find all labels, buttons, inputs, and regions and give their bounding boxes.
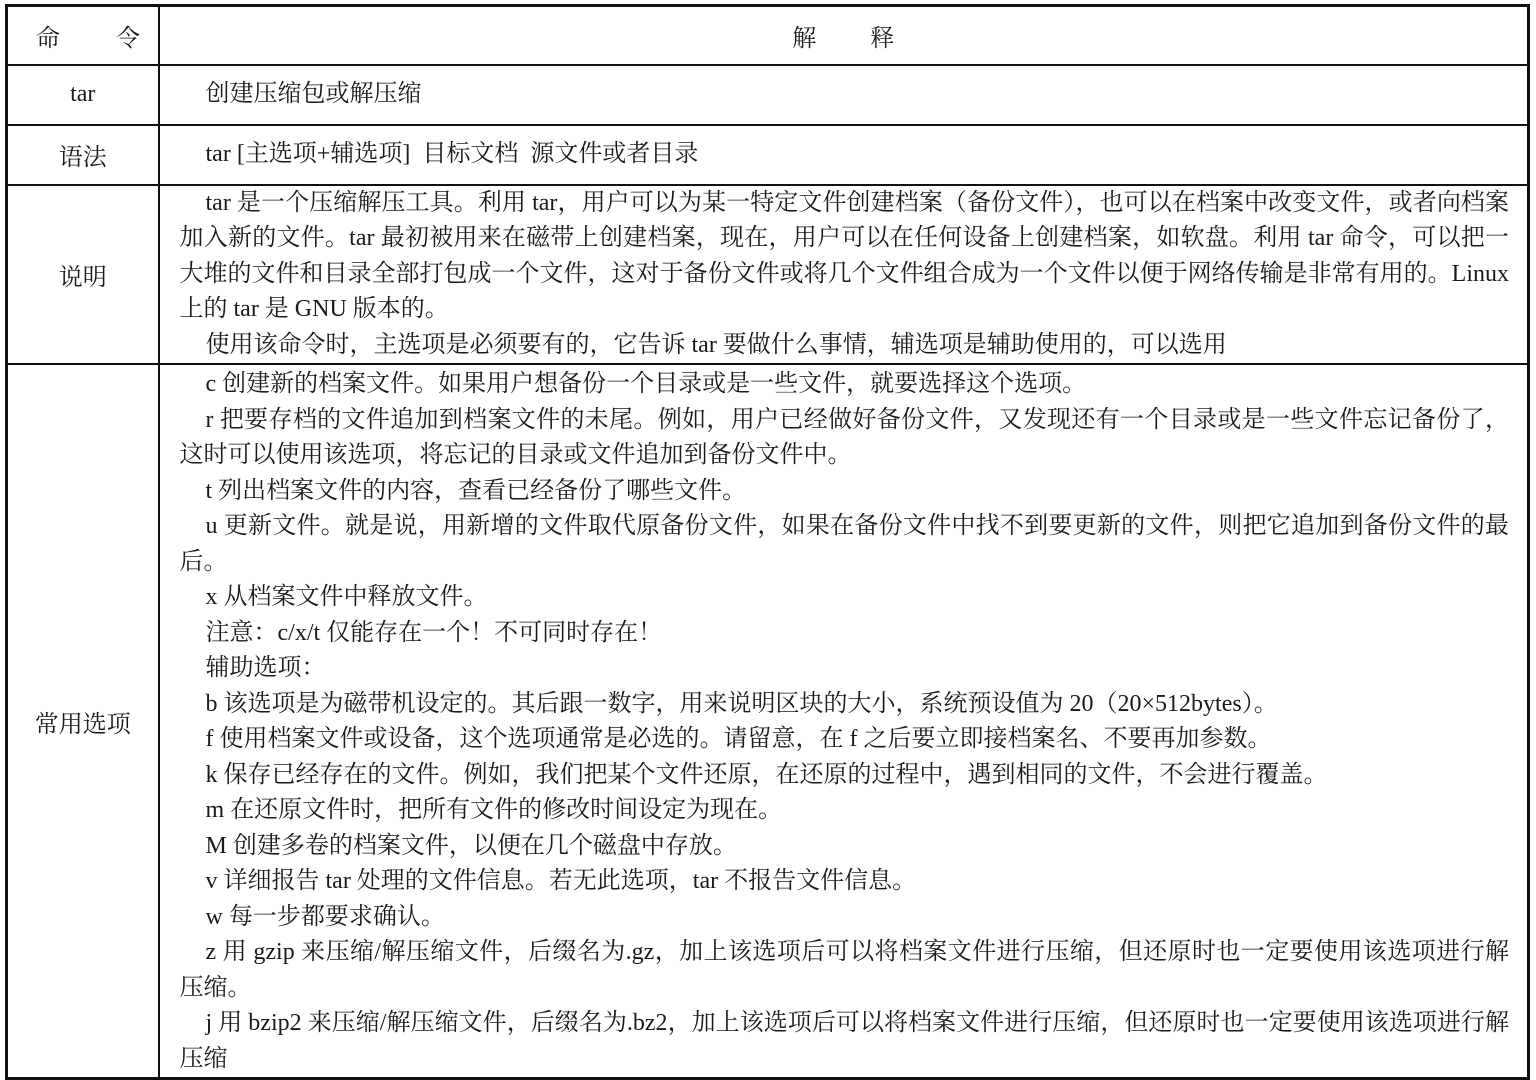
option-f: f 使用档案文件或设备，这个选项通常是必选的。请留意，在 f 之后要立即接档案名… bbox=[180, 722, 1510, 758]
content-paragraph: 使用该命令时，主选项是必须要有的，它告诉 tar 要做什么事情，辅选项是辅助使用… bbox=[180, 328, 1510, 364]
row-content: tar [主选项+辅选项] 目标文档 源文件或者目录 bbox=[159, 125, 1529, 185]
content-paragraph: tar 是一个压缩解压工具。利用 tar，用户可以为某一特定文件创建档案（备份文… bbox=[180, 186, 1510, 328]
table-row-description: 说明 tar 是一个压缩解压工具。利用 tar，用户可以为某一特定文件创建档案（… bbox=[7, 185, 1529, 365]
table-row-syntax: 语法 tar [主选项+辅选项] 目标文档 源文件或者目录 bbox=[7, 125, 1529, 185]
aux-options-heading: 辅助选项： bbox=[180, 651, 1510, 687]
option-x: x 从档案文件中释放文件。 bbox=[180, 580, 1510, 616]
option-k: k 保存已经存在的文件。例如，我们把某个文件还原，在还原的过程中，遇到相同的文件… bbox=[180, 758, 1510, 794]
table-row-tar: tar 创建压缩包或解压缩 bbox=[7, 65, 1529, 125]
row-label: 语法 bbox=[7, 125, 159, 185]
option-M: M 创建多卷的档案文件，以便在几个磁盘中存放。 bbox=[180, 829, 1510, 865]
table-header-row: 命令 解释 bbox=[7, 6, 1529, 65]
row-label: 说明 bbox=[7, 185, 159, 365]
tar-command-table: 命令 解释 tar 创建压缩包或解压缩 语法 tar [主选项+辅选项] 目标文… bbox=[5, 4, 1530, 1080]
row-content: 创建压缩包或解压缩 bbox=[159, 65, 1529, 125]
option-w: w 每一步都要求确认。 bbox=[180, 900, 1510, 936]
option-r: r 把要存档的文件追加到档案文件的未尾。例如，用户已经做好备份文件，又发现还有一… bbox=[180, 403, 1510, 474]
content-paragraph: tar [主选项+辅选项] 目标文档 源文件或者目录 bbox=[206, 137, 1510, 173]
row-label: tar bbox=[7, 65, 159, 125]
option-t: t 列出档案文件的内容，查看已经备份了哪些文件。 bbox=[180, 474, 1510, 510]
option-v: v 详细报告 tar 处理的文件信息。若无此选项，tar 不报告文件信息。 bbox=[180, 864, 1510, 900]
row-content: tar 是一个压缩解压工具。利用 tar，用户可以为某一特定文件创建档案（备份文… bbox=[159, 185, 1529, 365]
row-label: 常用选项 bbox=[7, 364, 159, 1079]
header-command-char-1: 命 bbox=[36, 18, 116, 53]
option-z: z 用 gzip 来压缩/解压缩文件，后缀名为.gz，加上该选项后可以将档案文件… bbox=[180, 935, 1510, 1006]
header-explanation-char-2: 释 bbox=[870, 26, 894, 52]
option-u: u 更新文件。就是说，用新增的文件取代原备份文件，如果在备份文件中找不到要更新的… bbox=[180, 509, 1510, 580]
table-row-common-options: 常用选项 c 创建新的档案文件。如果用户想备份一个目录或是一些文件，就要选择这个… bbox=[7, 364, 1529, 1079]
option-m: m 在还原文件时，把所有文件的修改时间设定为现在。 bbox=[180, 793, 1510, 829]
content-paragraph: 创建压缩包或解压缩 bbox=[206, 77, 1510, 113]
header-command-char-2: 令 bbox=[116, 26, 140, 52]
option-j: j 用 bzip2 来压缩/解压缩文件，后缀名为.bz2，加上该选项后可以将档案… bbox=[180, 1006, 1510, 1077]
option-b: b 该选项是为磁带机设定的。其后跟一数字，用来说明区块的大小，系统预设值为 20… bbox=[180, 687, 1510, 723]
note-exclusive: 注意：c/x/t 仅能存在一个！不可同时存在！ bbox=[180, 616, 1510, 652]
header-explanation-char-1: 解 bbox=[792, 18, 870, 53]
option-c: c 创建新的档案文件。如果用户想备份一个目录或是一些文件，就要选择这个选项。 bbox=[180, 367, 1510, 403]
header-command: 命令 bbox=[7, 6, 159, 65]
row-content: c 创建新的档案文件。如果用户想备份一个目录或是一些文件，就要选择这个选项。 r… bbox=[159, 364, 1529, 1079]
header-explanation: 解释 bbox=[159, 6, 1529, 65]
